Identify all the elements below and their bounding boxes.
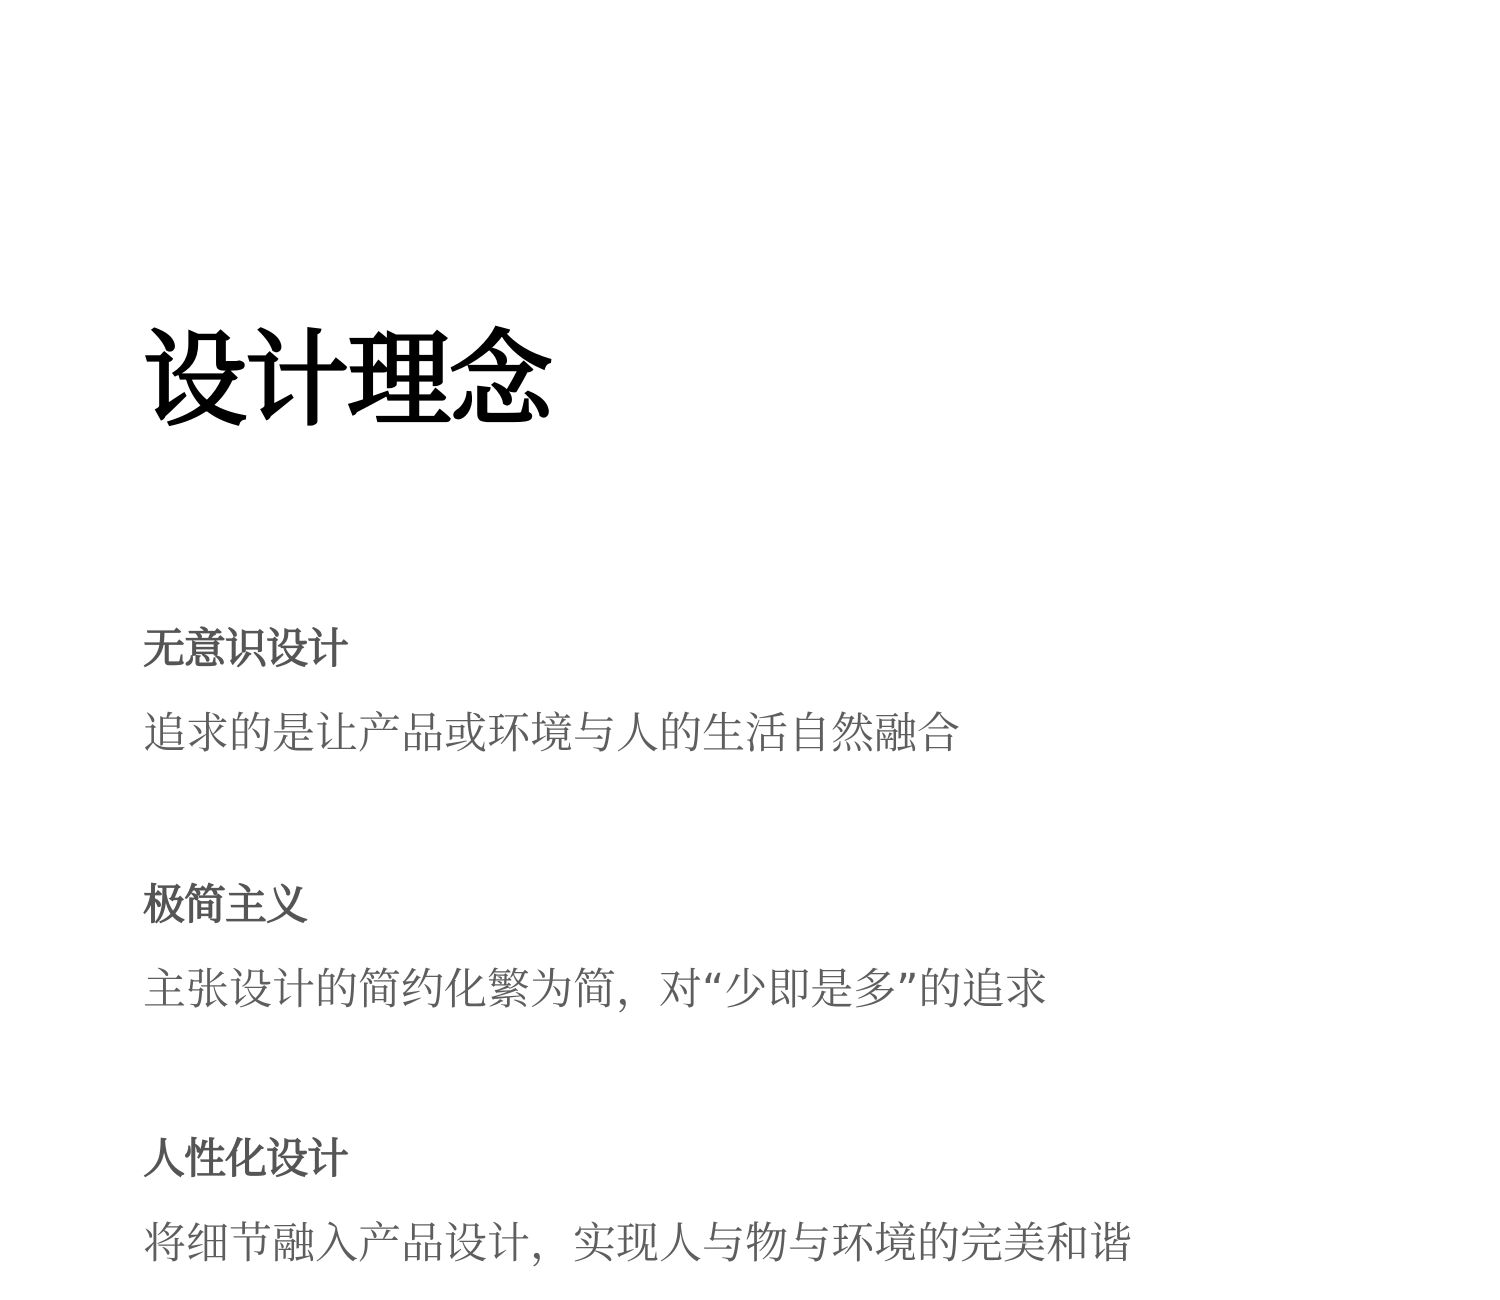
section-description: 将细节融入产品设计，实现人与物与环境的完美和谐 [143,1218,1132,1270]
section-heading: 人性化设计 [143,1134,1132,1184]
section-minimalism: 极简主义 主张设计的简约化繁为简，对“少即是多”的追求 [143,880,1048,1016]
section-description: 主张设计的简约化繁为简，对“少即是多”的追求 [143,964,1048,1016]
page-title: 设计理念 [143,318,551,442]
section-heading: 无意识设计 [143,624,960,674]
design-philosophy-page: 设计理念 无意识设计 追求的是让产品或环境与人的生活自然融合 极简主义 主张设计… [143,0,1500,1300]
section-heading: 极简主义 [143,880,1048,930]
section-description: 追求的是让产品或环境与人的生活自然融合 [143,708,960,760]
section-humanized-design: 人性化设计 将细节融入产品设计，实现人与物与环境的完美和谐 [143,1134,1132,1270]
section-unconscious-design: 无意识设计 追求的是让产品或环境与人的生活自然融合 [143,624,960,760]
